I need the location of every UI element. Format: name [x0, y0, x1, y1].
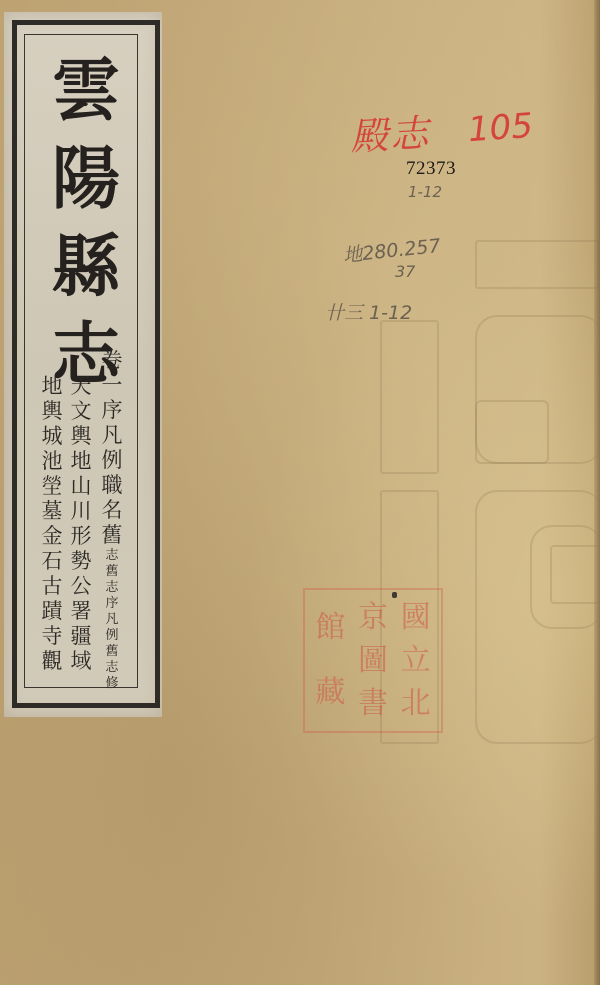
contents-char: 志 — [105, 660, 118, 676]
contents-char: 職 — [102, 473, 123, 498]
book-spine-edge — [594, 0, 600, 985]
title-char: 雲 — [52, 47, 120, 135]
contents-char: 蹟 — [42, 599, 63, 624]
contents-char: 志 — [105, 548, 118, 564]
contents-char: 舊 — [105, 564, 118, 580]
book-title: 雲 陽 縣 志 — [46, 47, 126, 399]
ink-speck — [392, 592, 397, 598]
contents-char: 墓 — [42, 499, 63, 524]
pencil-volume-note: 卄三 1-12 — [325, 298, 412, 325]
contents-char: 塋 — [42, 474, 63, 499]
contents-char: 川 — [71, 499, 92, 524]
seal-char: 北 — [401, 683, 431, 725]
contents-char: 疆 — [71, 624, 92, 649]
watermark-shape — [475, 400, 549, 464]
contents-char: 天 — [71, 374, 92, 399]
contents-char: 凡 — [102, 423, 123, 448]
contents-char: 舊 — [105, 644, 118, 660]
seal-char: 圖 — [358, 640, 388, 682]
seal-char: 京 — [358, 597, 388, 639]
contents-char: 池 — [42, 449, 63, 474]
contents-char: 文 — [71, 399, 92, 424]
watermark-shape — [475, 240, 599, 289]
contents-char: 石 — [42, 549, 63, 574]
library-seal: 國 立 北 京 圖 書 館 藏 — [303, 588, 443, 733]
red-ink-number: 105 — [467, 106, 535, 150]
seal-column: 館 藏 — [315, 596, 345, 725]
seal-char: 藏 — [315, 672, 345, 714]
contents-char: 輿 — [71, 424, 92, 449]
seal-char: 書 — [358, 683, 388, 725]
contents-char: 修 — [105, 676, 118, 692]
contents-char: 卷 — [102, 348, 123, 373]
contents-char: 金 — [42, 524, 63, 549]
watermark-shape — [475, 490, 600, 744]
contents-char: 形 — [71, 524, 92, 549]
contents-char: 地 — [42, 374, 63, 399]
seal-column: 國 立 北 — [401, 596, 431, 725]
contents-char: 城 — [42, 424, 63, 449]
contents-char: 舊 — [102, 523, 123, 548]
pencil-note: 1-12 — [408, 183, 442, 201]
contents-char: 山 — [71, 474, 92, 499]
title-char: 縣 — [52, 223, 120, 311]
title-char: 陽 — [52, 135, 120, 223]
seal-char: 館 — [315, 607, 345, 649]
contents-char: 名 — [102, 498, 123, 523]
contents-char: 序 — [105, 596, 118, 612]
seal-char: 立 — [401, 640, 431, 682]
contents-char: 例 — [102, 448, 123, 473]
contents-char: 地 — [71, 449, 92, 474]
contents-char: 寺 — [42, 624, 63, 649]
contents-char: 例 — [105, 628, 118, 644]
contents-column-1: 卷 一 序 凡 例 職 名 舊 志 舊 志 序 凡 例 舊 志 修 — [101, 348, 123, 692]
contents-char: 勢 — [71, 549, 92, 574]
contents-char: 輿 — [42, 399, 63, 424]
contents-column-2: 天 文 輿 地 山 川 形 勢 公 署 疆 域 — [70, 374, 92, 674]
seal-char: 國 — [401, 597, 431, 639]
contents-column-3: 地 輿 城 池 塋 墓 金 石 古 蹟 寺 觀 — [41, 374, 63, 674]
contents-char: 凡 — [105, 612, 118, 628]
title-slip: 雲 陽 縣 志 卷 一 序 凡 例 職 名 舊 志 舊 志 序 凡 例 舊 志 … — [4, 12, 162, 717]
seal-column: 京 圖 書 — [358, 596, 388, 725]
contents-char: 序 — [102, 398, 123, 423]
pencil-note: 37 — [395, 262, 415, 281]
contents-char: 志 — [105, 580, 118, 596]
contents-char: 一 — [102, 373, 123, 398]
contents-char: 署 — [71, 599, 92, 624]
contents-char: 公 — [71, 574, 92, 599]
contents-char: 域 — [71, 649, 92, 674]
watermark-shape — [380, 320, 439, 474]
red-ink-label: 殿志 — [349, 102, 432, 161]
contents-char: 觀 — [42, 649, 63, 674]
contents-char: 古 — [42, 574, 63, 599]
catalog-number-stamp: 72373 — [406, 158, 456, 180]
